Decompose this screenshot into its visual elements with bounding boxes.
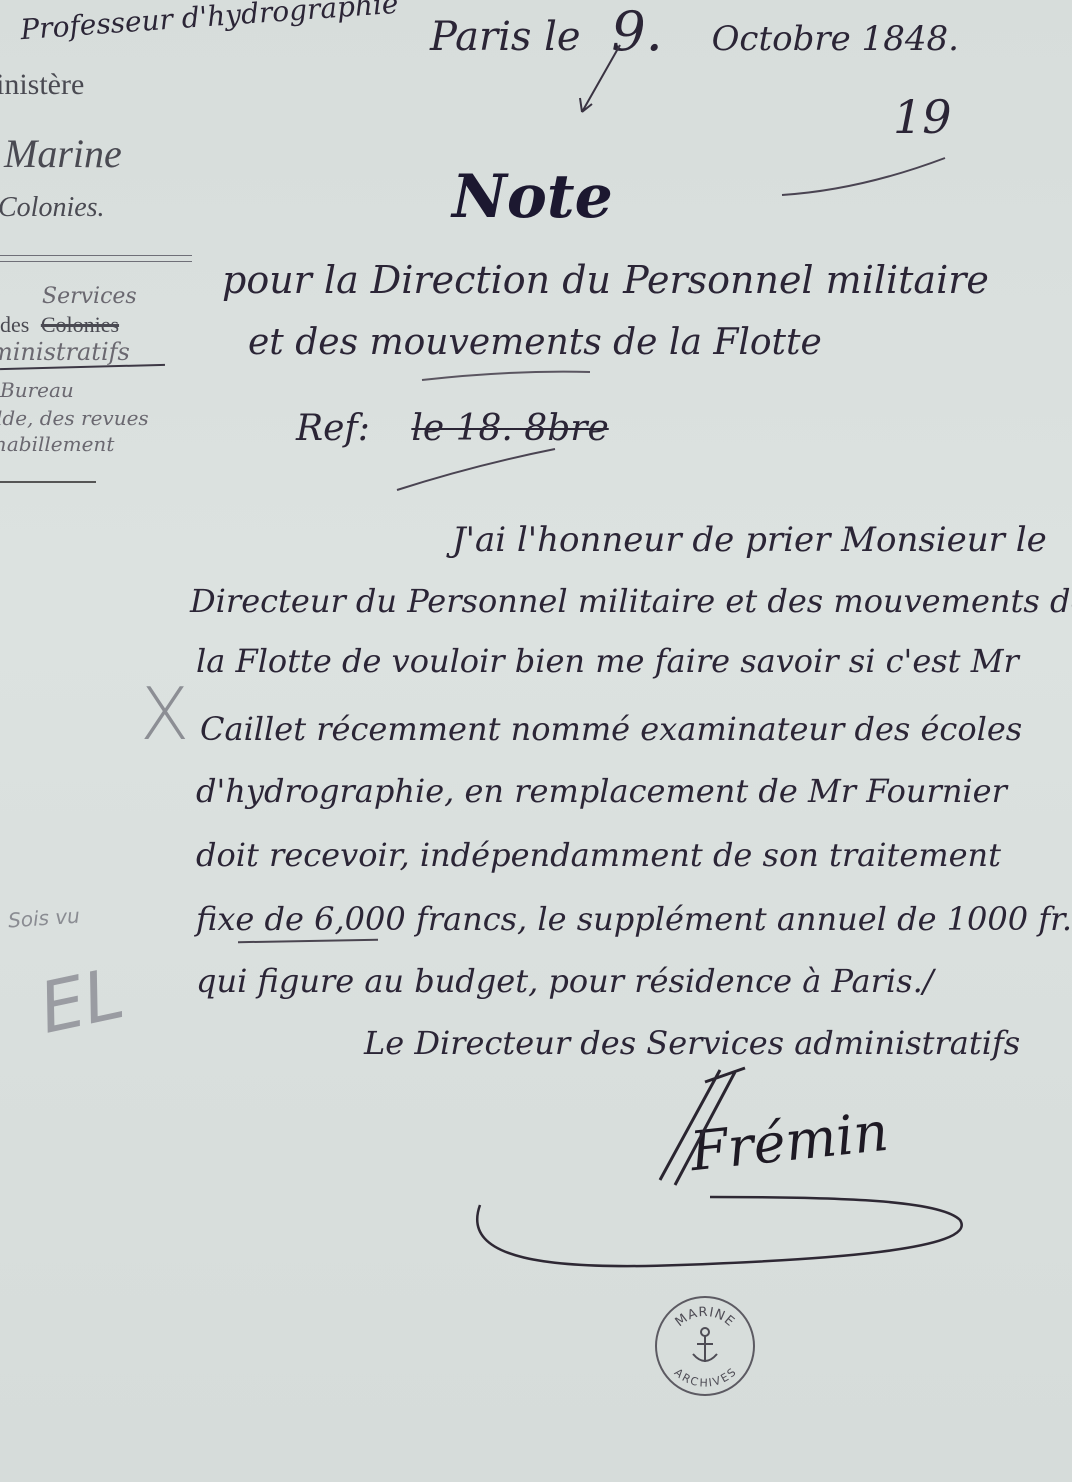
service-des: des Colonies: [0, 312, 119, 338]
addressee-line2: et des mouvements de la Flotte: [248, 322, 822, 363]
place-prefix: Paris le: [430, 14, 581, 60]
margin-pencil-initials: EL: [32, 952, 130, 1050]
body-line-7: fixe de 6,000 francs, le supplément annu…: [196, 900, 1072, 938]
margin-pencil-note: Sois vu: [7, 904, 80, 933]
folio-number: 19: [893, 90, 952, 144]
signature-closing: Le Directeur des Services administratifs: [364, 1024, 1020, 1062]
stamp-ring-text: MARINE ARCHIVES: [657, 1298, 753, 1394]
service-inserted-word: Services: [42, 284, 137, 309]
addressee-line1: pour la Direction du Personnel militaire: [222, 258, 989, 302]
margin-cross-mark: X: [140, 672, 189, 756]
body-line-5: d'hydrographie, en remplacement de Mr Fo…: [196, 772, 1007, 810]
reference-underline: [395, 445, 565, 495]
bureau-line1: Bureau: [0, 378, 74, 402]
archive-stamp: MARINE ARCHIVES: [655, 1296, 755, 1396]
body-line-2: Directeur du Personnel militaire et des …: [190, 582, 1072, 620]
service-struck-word: Colonies: [41, 312, 119, 337]
bureau-line3: habillement: [0, 432, 114, 456]
letterhead-colonies: Colonies.: [0, 192, 105, 224]
letterhead-ministere: inistère: [0, 68, 84, 102]
body-line-3: la Flotte de vouloir bien me faire savoi…: [196, 642, 1019, 680]
place-date: Paris le 9. Octobre 1848.: [430, 0, 959, 63]
svg-text:MARINE: MARINE: [673, 1305, 738, 1330]
bureau-line2: lde, des revues: [0, 406, 149, 430]
anchor-icon: [693, 1328, 717, 1362]
letterhead-rule-1: [0, 255, 192, 256]
date-month-year: Octobre 1848.: [712, 19, 959, 59]
svg-text:ARCHIVES: ARCHIVES: [672, 1366, 739, 1390]
date-arrow-icon: [570, 40, 630, 120]
bureau-rule: [0, 481, 96, 483]
page-title: Note: [452, 162, 613, 232]
reference-label: Ref:: [296, 408, 370, 449]
letterhead-rule-2: [0, 261, 192, 262]
addressee-flourish: [420, 368, 600, 388]
body-line-1: J'ai l'honneur de prier Monsieur le: [452, 520, 1047, 560]
reference: Ref: le 18. 8bre: [296, 408, 609, 449]
body-line-4: Caillet récemment nommé examinateur des …: [200, 710, 1022, 748]
body-line-8: qui figure au budget, pour résidence à P…: [196, 962, 934, 1000]
body-line-6: doit recevoir, indépendamment de son tra…: [196, 836, 1001, 874]
letterhead-marine: Marine: [4, 130, 122, 177]
folio-underline: [780, 150, 950, 200]
service-line2: ministratifs: [0, 338, 130, 366]
reference-struck-value: le 18. 8bre: [411, 408, 608, 449]
signature-flourish: [460, 1060, 1000, 1290]
